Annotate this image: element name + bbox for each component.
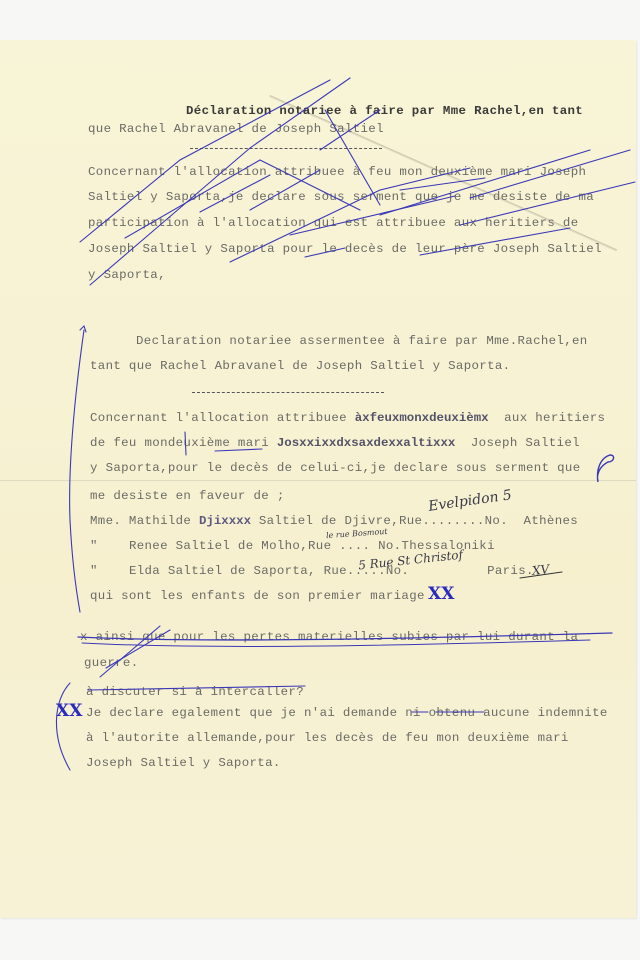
text: aux heritiers <box>489 411 606 425</box>
text: " <box>90 539 129 553</box>
struck-line: x ainsi que pour les pertes materielles … <box>80 630 578 644</box>
handwritten-paris-arrondissement: XV <box>531 562 550 578</box>
section1-title-underline <box>190 148 382 149</box>
section2-title-line2: tant que Rachel Abravanel de Joseph Salt… <box>90 359 510 373</box>
section1-title-line1: Déclaration notariee à faire par Mme Rac… <box>186 104 583 118</box>
handwritten-insert-mark-margin: XX <box>56 701 82 721</box>
final-line: Je declare egalement que je n'ai demande… <box>86 706 608 720</box>
heir-line-mathilde: Mme. Mathilde Djixxxx Saltiel de Djivre,… <box>90 514 578 528</box>
section2-body-line2: de feu mondeuxième mari Josxxixxdxsaxdex… <box>90 436 580 450</box>
section2-body-line3: y Saporta,pour le decès de celui-ci,je d… <box>90 461 581 475</box>
section2-body-line1: Concernant l'allocation attribuee àxfeux… <box>90 411 605 425</box>
section2-body-line4: me desiste en faveur de ; <box>90 489 285 503</box>
struck-text: àxfeuxmonxdeuxièmx <box>355 411 489 425</box>
text: Mme. Mathilde <box>90 514 199 528</box>
text: Saltiel de Djivre,Rue........No. Athènes <box>251 514 578 528</box>
paper-fold-crease <box>0 480 636 482</box>
section1-body-line: Concernant l'allocation attribuee à feu … <box>88 165 586 179</box>
section1-title-line2: que Rachel Abravanel de Joseph Saltiel <box>88 122 384 136</box>
section2-title-line1: Declaration notariee assermentee à faire… <box>136 334 588 348</box>
text: Elda Saltiel de Saporta, Rue.....No. Par… <box>129 564 534 578</box>
text: Joseph Saltiel <box>455 436 580 450</box>
struck-line: guerre. <box>84 656 139 670</box>
final-line: à l'autorite allemande,pour les decès de… <box>86 731 569 745</box>
struck-text: Josxxixxdxsaxdexxaltixxx <box>277 436 455 450</box>
final-line: Joseph Saltiel y Saporta. <box>86 756 281 770</box>
section1-body-line: y Saporta, <box>88 268 166 282</box>
text: de feu mon <box>90 436 168 450</box>
closing-line: qui sont les enfants de son premier mari… <box>90 589 425 603</box>
section1-body-line: participation à l'allocation qui est att… <box>88 216 579 230</box>
section2-title-underline <box>192 392 384 393</box>
text: Concernant l'allocation attribuee <box>90 411 355 425</box>
section1-body-line: Saltiel y Saporta,je declare sous sermen… <box>88 190 594 204</box>
struck-text: Djixxxx <box>199 514 251 528</box>
text: deuxième mari <box>168 436 277 450</box>
struck-line: à discuter si à intercaller? <box>86 685 304 699</box>
text: " <box>90 564 129 578</box>
heir-line-elda: " Elda Saltiel de Saporta, Rue.....No. P… <box>90 564 534 578</box>
handwritten-insert-mark: XX <box>428 584 454 604</box>
section1-body-line: Joseph Saltiel y Saporta pour le decès d… <box>88 242 602 256</box>
